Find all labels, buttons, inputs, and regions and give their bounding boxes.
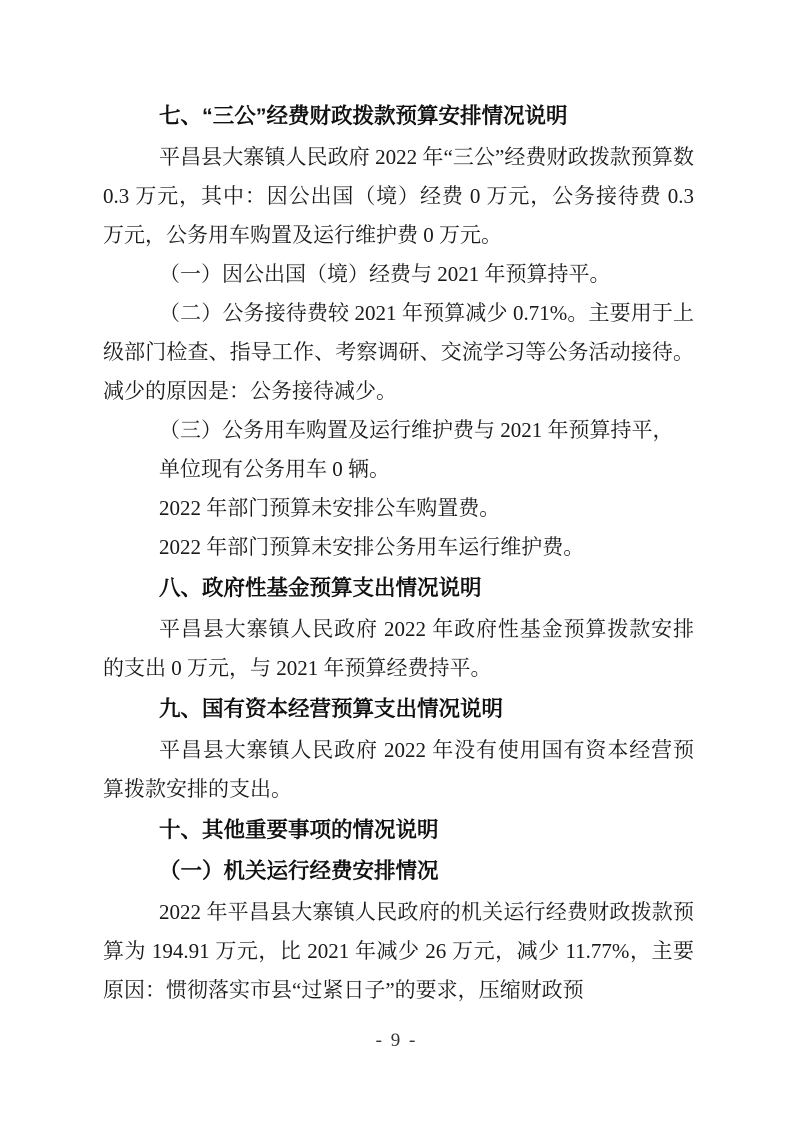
para-no-vehicle-maintenance-budget: 2022 年部门预算未安排公务用车运行维护费。: [159, 528, 694, 567]
section-10-heading: 十、其他重要事项的情况说明: [103, 811, 694, 850]
para-official-vehicle-expense: （三）公务用车购置及运行维护费与 2021 年预算持平，单位现有公务用车 0 辆…: [159, 411, 694, 489]
page-number: - 9 -: [0, 1030, 793, 1052]
section-9-paragraph: 平昌县大寨镇人民政府 2022 年没有使用国有资本经营预算拨款安排的支出。: [103, 731, 694, 809]
section-8-heading: 八、政府性基金预算支出情况说明: [103, 569, 694, 608]
section-10-sub1-heading: （一）机关运行经费安排情况: [103, 852, 694, 891]
document-page: 七、“三公”经费财政拨款预算安排情况说明 平昌县大寨镇人民政府 2022 年“三…: [0, 0, 793, 1122]
document-content: 七、“三公”经费财政拨款预算安排情况说明 平昌县大寨镇人民政府 2022 年“三…: [103, 95, 694, 1010]
para-overseas-trip-expense: （一）因公出国（境）经费与 2021 年预算持平。: [103, 255, 694, 294]
para-official-reception-expense: （二）公务接待费较 2021 年预算减少 0.71%。主要用于上级部门检查、指导…: [103, 294, 694, 411]
section-10-sub1-paragraph: 2022 年平昌县大寨镇人民政府的机关运行经费财政拨款预算为 194.91 万元…: [103, 893, 694, 1010]
section-7-heading: 七、“三公”经费财政拨款预算安排情况说明: [103, 97, 694, 136]
section-8-paragraph: 平昌县大寨镇人民政府 2022 年政府性基金预算拨款安排的支出 0 万元，与 2…: [103, 610, 694, 688]
section-7-intro-paragraph: 平昌县大寨镇人民政府 2022 年“三公”经费财政拨款预算数 0.3 万元，其中…: [103, 138, 694, 255]
section-9-heading: 九、国有资本经营预算支出情况说明: [103, 690, 694, 729]
para-no-vehicle-purchase-budget: 2022 年部门预算未安排公车购置费。: [159, 489, 694, 528]
